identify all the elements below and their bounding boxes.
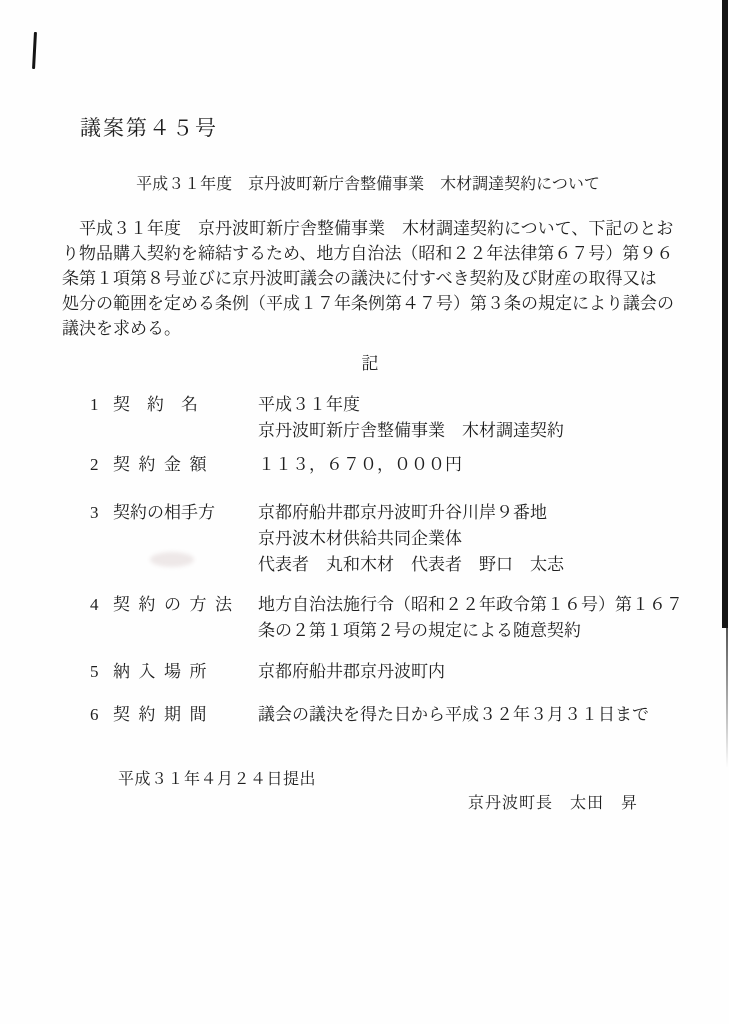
item-number: 2 [90, 452, 113, 478]
bill-body-paragraph: 平成３１年度 京丹波町新庁舎整備事業 木材調達契約について、下記のとお り物品購… [62, 216, 680, 341]
bill-number-title: 議案第４５号 [80, 112, 218, 142]
item-label: 契 約 の 方 法 [113, 592, 258, 644]
item-label: 納 入 場 所 [113, 659, 258, 685]
item-label: 契約の相手方 [113, 500, 258, 578]
item-value: 京都府船井郡京丹波町升谷川岸９番地 京丹波木材供給共同企業体 代表者 丸和木材 … [258, 500, 700, 578]
item-label: 契 約 名 [113, 392, 258, 444]
item-value: 京都府船井郡京丹波町内 [258, 659, 700, 685]
contract-item-period: 6 契 約 期 間 議会の議決を得た日から平成３２年３月３１日まで [90, 702, 700, 728]
item-value: 地方自治法施行令（昭和２２年政令第１６号）第１６７ 条の２第１項第２号の規定によ… [258, 592, 700, 644]
item-number: 3 [90, 500, 113, 578]
contract-item-delivery-place: 5 納 入 場 所 京都府船井郡京丹波町内 [90, 659, 700, 685]
scan-pen-mark [32, 32, 37, 69]
submission-date: 平成３１年４月２４日提出 [118, 766, 316, 789]
item-number: 4 [90, 592, 113, 644]
bill-subject-line: 平成３１年度 京丹波町新庁舎整備事業 木材調達契約について [62, 171, 674, 194]
contract-item-name: 1 契 約 名 平成３１年度 京丹波町新庁舎整備事業 木材調達契約 [90, 392, 700, 444]
item-number: 6 [90, 702, 113, 728]
scan-edge-shadow-tail [726, 628, 728, 768]
mayor-signature: 京丹波町長 太田 昇 [62, 790, 638, 813]
item-number: 5 [90, 659, 113, 685]
contract-item-method: 4 契 約 の 方 法 地方自治法施行令（昭和２２年政令第１６号）第１６７ 条の… [90, 592, 700, 644]
item-label: 契 約 金 額 [113, 452, 258, 478]
item-value: １１３，６７０，０００円 [258, 452, 700, 478]
scanned-document-page: 議案第４５号 平成３１年度 京丹波町新庁舎整備事業 木材調達契約について 平成３… [0, 0, 729, 1024]
contract-item-counterparty: 3 契約の相手方 京都府船井郡京丹波町升谷川岸９番地 京丹波木材供給共同企業体 … [90, 500, 700, 578]
scan-edge-shadow [722, 0, 728, 628]
section-marker-ki: 記 [62, 349, 678, 374]
item-value: 平成３１年度 京丹波町新庁舎整備事業 木材調達契約 [258, 392, 700, 444]
item-number: 1 [90, 392, 113, 444]
item-label: 契 約 期 間 [113, 702, 258, 728]
contract-item-amount: 2 契 約 金 額 １１３，６７０，０００円 [90, 452, 700, 478]
item-value: 議会の議決を得た日から平成３２年３月３１日まで [258, 702, 700, 728]
